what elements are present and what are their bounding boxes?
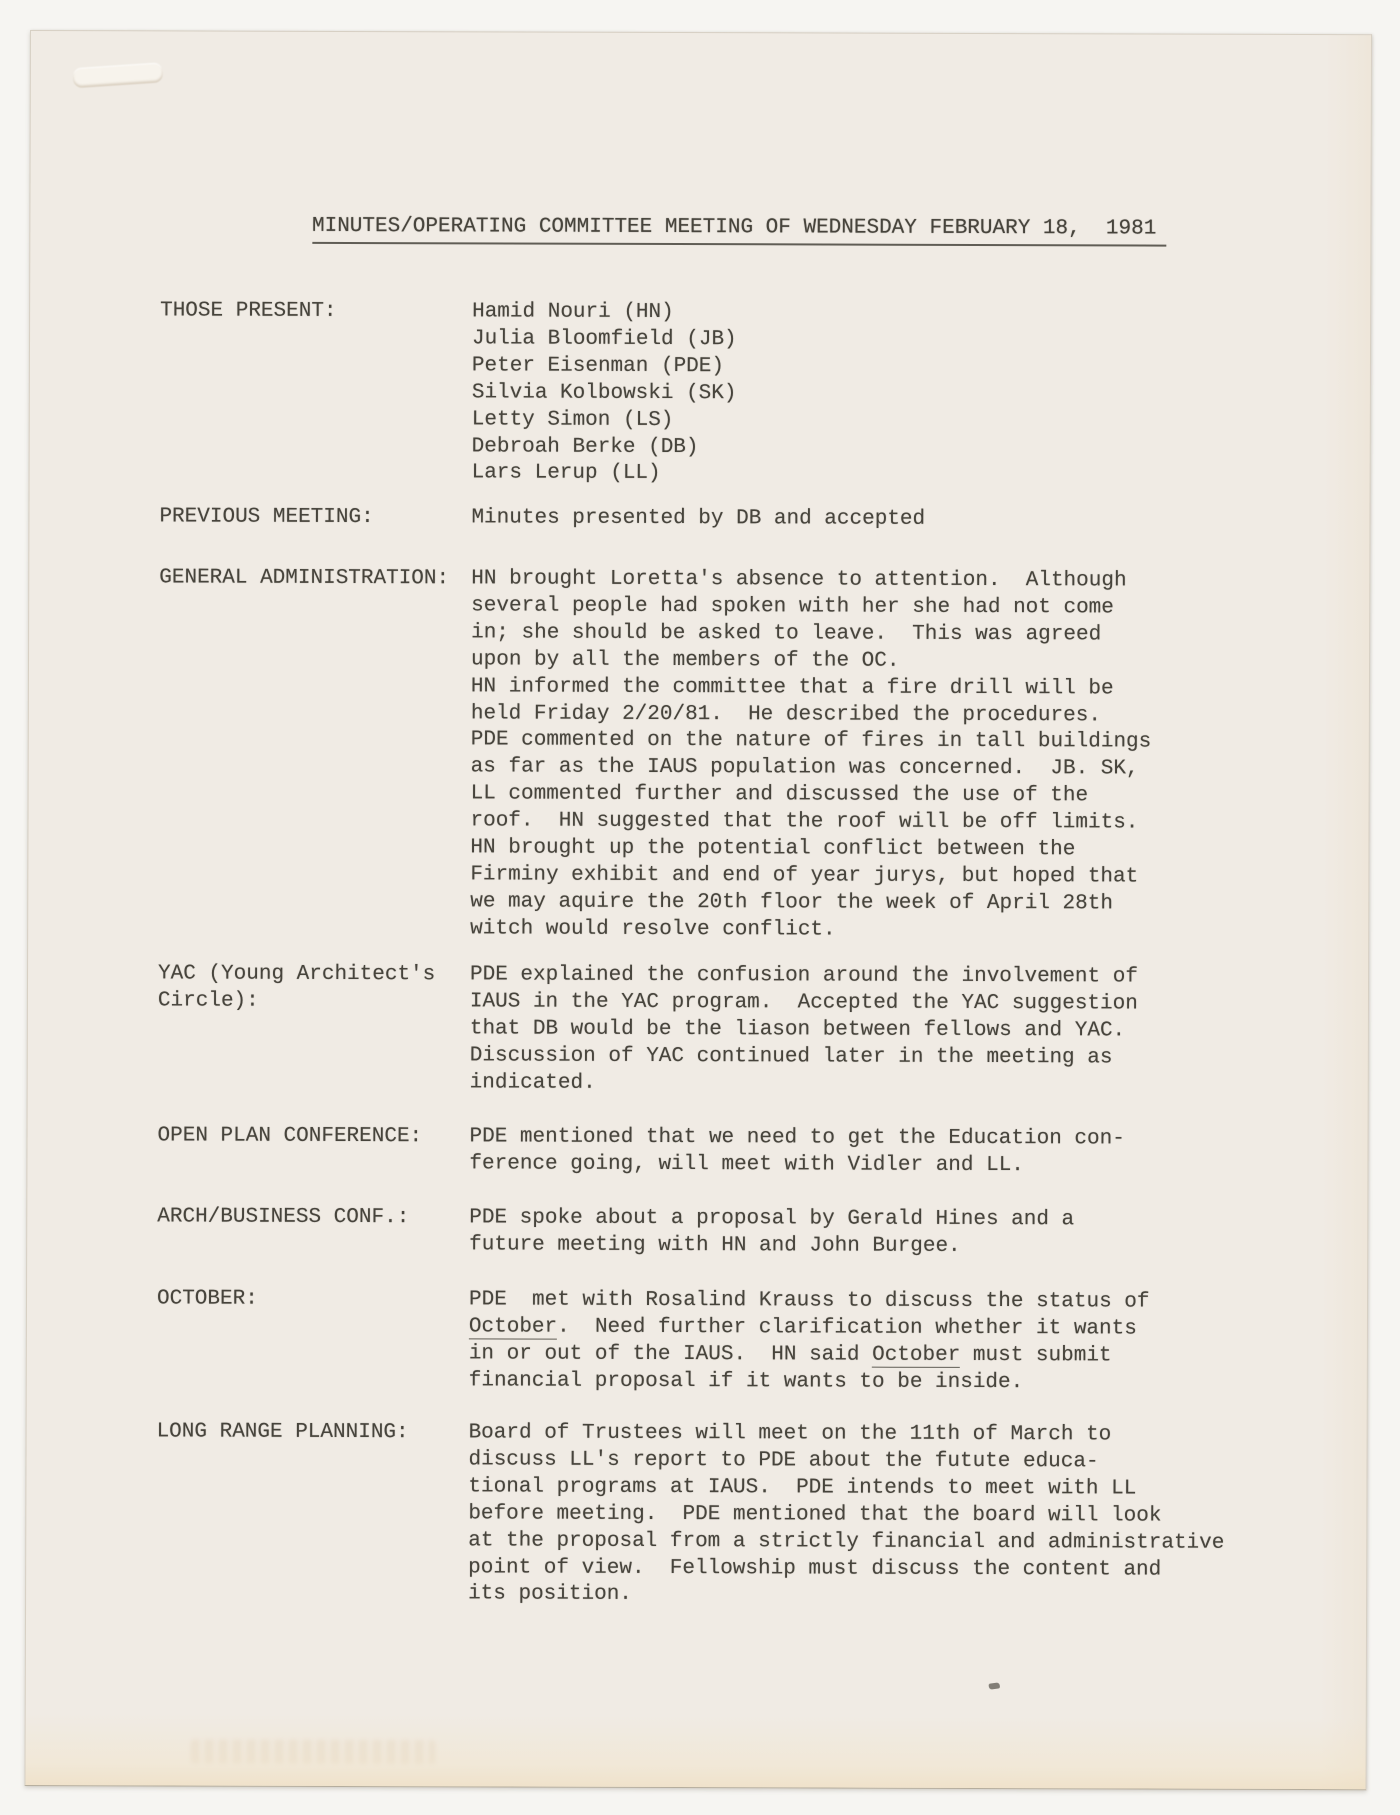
body-line: IAUS in the YAC program. Accepted the YA… <box>470 989 1138 1018</box>
body-line: held Friday 2/20/81. He described the pr… <box>471 701 1152 730</box>
body-line: HN brought Loretta's absence to attentio… <box>471 566 1152 595</box>
section-label: GENERAL ADMINISTRATION: <box>159 565 449 593</box>
body-line: PDE met with Rosalind Krauss to discuss … <box>469 1287 1150 1316</box>
body-line: PDE explained the confusion around the i… <box>470 962 1138 991</box>
section-october: OCTOBER:PDE met with Rosalind Krauss to … <box>27 1286 1367 1290</box>
body-line: HN informed the committee that a fire dr… <box>471 674 1152 703</box>
body-line: HN brought up the potential conflict bet… <box>470 835 1151 864</box>
section-arch-business-conf: ARCH/BUSINESS CONF.:PDE spoke about a pr… <box>27 1204 1367 1208</box>
body-line: tional programs at IAUS. PDE intends to … <box>468 1474 1224 1503</box>
text-segment: in or out of the IAUS. HN said <box>469 1342 872 1366</box>
section-long-range-planning: LONG RANGE PLANNING:Board of Trustees wi… <box>27 1419 1367 1423</box>
body-line: financial proposal if it wants to be ins… <box>469 1368 1150 1397</box>
body-line: Lars Lerup (LL) <box>472 461 737 489</box>
body-line: future meeting with HN and John Burgee. <box>469 1232 1074 1261</box>
body-line: indicated. <box>470 1070 1138 1099</box>
body-line: Discussion of YAC continued later in the… <box>470 1043 1138 1072</box>
body-line: Firminy exhibit and end of year jurys, b… <box>470 862 1151 891</box>
document-page: MINUTES/OPERATING COMMITTEE MEETING OF W… <box>24 30 1372 1790</box>
body-line: Minutes presented by DB and accepted <box>471 505 925 533</box>
bleed-through-mark <box>191 1740 436 1765</box>
body-line: Silvia Kolbowski (SK) <box>472 380 737 408</box>
underlined-text: October <box>872 1343 960 1367</box>
body-line: before meeting. PDE mentioned that the b… <box>468 1501 1224 1530</box>
section-label: OPEN PLAN CONFERENCE: <box>157 1123 422 1151</box>
section-previous-meeting: PREVIOUS MEETING:Minutes presented by DB… <box>30 504 1370 508</box>
section-open-plan-conference: OPEN PLAN CONFERENCE:PDE mentioned that … <box>28 1123 1368 1127</box>
underlined-text: October <box>469 1315 557 1339</box>
body-line: that DB would be the liason between fell… <box>470 1016 1138 1045</box>
section-label: THOSE PRESENT: <box>160 298 337 325</box>
body-line: in or out of the IAUS. HN said October m… <box>469 1341 1150 1370</box>
document-body: THOSE PRESENT:Hamid Nouri (HN)Julia Bloo… <box>31 31 1371 35</box>
body-line: discuss LL's report to PDE about the fut… <box>468 1447 1224 1476</box>
document-title-text: MINUTES/OPERATING COMMITTEE MEETING OF W… <box>312 214 1166 247</box>
ink-speck <box>988 1682 1000 1689</box>
body-line: Board of Trustees will meet on the 11th … <box>469 1420 1225 1449</box>
body-line: PDE mentioned that we need to get the Ed… <box>469 1124 1124 1153</box>
body-line: PDE commented on the nature of fires in … <box>471 728 1152 757</box>
body-line: witch would resolve conflict. <box>470 916 1151 945</box>
body-line: Letty Simon (LS) <box>472 407 737 435</box>
body-line: ference going, will meet with Vidler and… <box>469 1151 1124 1180</box>
body-line: October. Need further clarification whet… <box>469 1314 1150 1343</box>
body-line: LL commented further and discussed the u… <box>471 782 1152 811</box>
body-line: Peter Eisenman (PDE) <box>472 353 737 381</box>
body-line: PDE spoke about a proposal by Gerald Hin… <box>469 1205 1074 1234</box>
section-yac: YAC (Young Architect'sCircle):PDE explai… <box>28 961 1368 965</box>
body-line: Debroah Berke (DB) <box>472 434 737 462</box>
body-line: upon by all the members of the OC. <box>471 647 1152 676</box>
section-label: YAC (Young Architect's <box>158 961 435 989</box>
body-line: as far as the IAUS population was concer… <box>471 755 1152 784</box>
body-line: its position. <box>468 1582 1224 1611</box>
section-general-administration: GENERAL ADMINISTRATION:HN brought Lorett… <box>29 565 1369 569</box>
section-label: PREVIOUS MEETING: <box>159 504 373 532</box>
text-segment: must submit <box>960 1344 1111 1367</box>
body-line: roof. HN suggested that the roof will be… <box>470 809 1151 838</box>
section-those-present: THOSE PRESENT:Hamid Nouri (HN)Julia Bloo… <box>30 298 1370 302</box>
text-segment: . Need further clarification whether it … <box>557 1316 1137 1341</box>
body-line: point of view. Fellowship must discuss t… <box>468 1555 1224 1584</box>
section-label: LONG RANGE PLANNING: <box>157 1419 409 1447</box>
body-line: Julia Bloomfield (JB) <box>472 326 737 354</box>
scan-background: MINUTES/OPERATING COMMITTEE MEETING OF W… <box>0 0 1400 1815</box>
body-line: in; she should be asked to leave. This w… <box>471 620 1152 649</box>
section-label: ARCH/BUSINESS CONF.: <box>157 1204 409 1232</box>
body-line: Hamid Nouri (HN) <box>472 299 737 327</box>
document-title: MINUTES/OPERATING COMMITTEE MEETING OF W… <box>236 187 1166 274</box>
body-line: we may aquire the 20th floor the week of… <box>470 889 1151 918</box>
body-line: at the proposal from a strictly financia… <box>468 1528 1224 1557</box>
body-line: several people had spoken with her she h… <box>471 593 1152 622</box>
staple-mark <box>72 62 163 88</box>
section-label: Circle): <box>158 988 435 1016</box>
section-label: OCTOBER: <box>157 1286 258 1313</box>
